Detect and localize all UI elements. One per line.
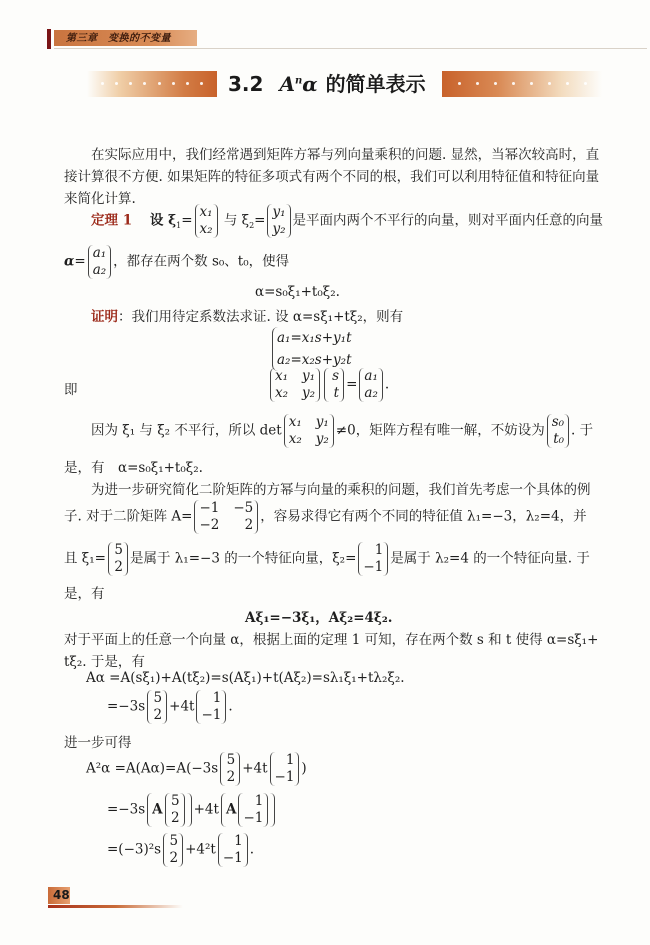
matrix-v1: 52 bbox=[108, 542, 128, 576]
proof-label: 证明 bbox=[91, 309, 118, 325]
page-number-box: 48 bbox=[48, 887, 70, 904]
matrix-xi2: y₁y₂ bbox=[267, 204, 290, 238]
page-number: 48 bbox=[53, 888, 70, 902]
header-rule bbox=[54, 48, 647, 49]
section-title-text: 的简单表示 bbox=[326, 72, 426, 96]
eigen-equation: Aξ₁=−3ξ₁，Aξ₂=4ξ₂. bbox=[245, 606, 393, 626]
equation-system: a₁=x₁s+y₁ta₂=x₂s+y₂t bbox=[272, 327, 352, 371]
chapter-marker bbox=[47, 29, 51, 49]
matrix-equation: x₁y₁x₂y₂st=a₁a₂. bbox=[268, 368, 389, 402]
theorem-line2: α=a₁a₂，都存在两个数 s₀、t₀，使得 bbox=[64, 245, 289, 279]
because-line: 因为 ξ₁ 与 ξ₂ 不平行，所以 detx₁y₁x₂y₂≠0，矩阵方程有唯一解… bbox=[91, 414, 593, 448]
intro-paragraph: 在实际应用中，我们经常遇到矩阵方幂与列向量乘积的问题. 显然，当幂次较高时，直接… bbox=[64, 144, 609, 210]
title-band-left bbox=[87, 71, 217, 97]
section-number: 3.2 bbox=[228, 72, 263, 96]
chapter-header: 第三章 变换的不变量 bbox=[47, 29, 647, 51]
any-vector-line2: tξ₂. 于是，有 bbox=[64, 650, 145, 670]
section-title: 3.2Anα的简单表示 bbox=[228, 68, 426, 97]
any-vector-line: 对于平面上的任意一个向量 α，根据上面的定理 1 可知，存在两个数 s 和 t … bbox=[64, 628, 598, 648]
matrix-alpha: a₁a₂ bbox=[88, 245, 111, 279]
shi-you: 是，有 bbox=[64, 582, 105, 602]
a-alpha-line2: =−3s52+4t1−1. bbox=[107, 690, 233, 724]
theorem-line: 定理 1 设 ξ1=x₁x₂ 与 ξ2=y₁y₂是平面内两个不平行的向量，则对平… bbox=[91, 204, 603, 238]
footer-rule bbox=[48, 905, 183, 908]
a2-line2: =−3sA52+4tA1−1 bbox=[107, 793, 277, 827]
theorem-label: 定理 1 bbox=[91, 213, 132, 229]
chapter-title: 第三章 变换的不变量 bbox=[66, 31, 171, 47]
section-title-math: Anα bbox=[279, 72, 317, 96]
eigen-line: 且 ξ₁=52是属于 λ₁=−3 的一个特征向量，ξ₂=1−1是属于 λ₂=4 … bbox=[64, 542, 590, 576]
title-band-right bbox=[442, 71, 602, 97]
further-line2: 子. 对于二阶矩阵 A=−1−5−22，容易求得它有两个不同的特征值 λ₁=−3… bbox=[64, 500, 587, 534]
matrix-A: −1−5−22 bbox=[194, 500, 258, 534]
proof-line: 证明：我们用待定系数法求证. 设 α=sξ₁+tξ₂，则有 bbox=[91, 305, 403, 325]
matrix-xi1: x₁x₂ bbox=[195, 204, 218, 238]
further-get: 进一步可得 bbox=[64, 731, 132, 751]
page-footer: 48 bbox=[48, 887, 183, 909]
because-line2: 是，有 α=s₀ξ₁+t₀ξ₂. bbox=[64, 456, 203, 476]
matrix-v2: 1−1 bbox=[358, 542, 388, 576]
chapter-tab: 第三章 变换的不变量 bbox=[54, 30, 197, 46]
a2-line3: =(−3)²s52+4²t1−1. bbox=[107, 833, 254, 867]
further-line1: 为进一步研究简化二阶矩阵的方幂与向量的乘积的问题，我们首先考虑一个具体的例 bbox=[91, 478, 591, 498]
a2-line1: A²α =A(Aα)=A(−3s52+4t1−1) bbox=[86, 752, 307, 786]
a-alpha-line: Aα =A(sξ₁)+A(tξ₂)=s(Aξ₁)+t(Aξ₂)=sλ₁ξ₁+tλ… bbox=[86, 670, 405, 686]
theorem-equation: α=s₀ξ₁+t₀ξ₂. bbox=[255, 284, 340, 300]
ji-label: 即 bbox=[64, 378, 78, 398]
